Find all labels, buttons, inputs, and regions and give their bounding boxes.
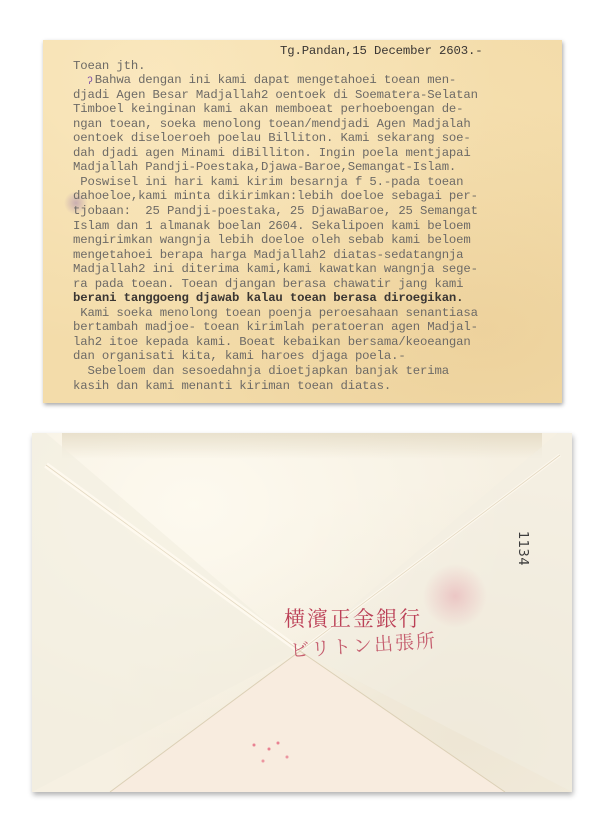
letter-line: mengirimkan wangnja lebih doeloe oleh se…	[73, 233, 471, 248]
letter-line: Bahwa dengan ini kami dapat mengetahoei …	[73, 73, 456, 88]
letter-line: bertambah madjoe- toean kirimlah peratoe…	[73, 320, 478, 335]
letter-line: tjobaan: 25 Pandji-poestaka, 25 DjawaBar…	[73, 204, 478, 219]
letter-line: mengetahoei berapa harga Madjallah2 diat…	[73, 248, 463, 263]
letter-line: Poswisel ini hari kami kirim besarnja f …	[73, 175, 463, 190]
letter-line: dan organisati kita, kami haroes djaga p…	[73, 349, 406, 364]
letter-line: berani tanggoeng djawab kalau toean bera…	[73, 291, 463, 306]
letter-line: Kami soeka menolong toean poenja peroesa…	[73, 306, 478, 321]
stamp-ink-smear	[420, 561, 490, 631]
letter-line: oentoek diseloeroeh poelau Billiton. Kam…	[73, 131, 471, 146]
letter-line: ra pada toean. Toean djangan berasa chaw…	[73, 277, 463, 292]
red-ink-specks	[242, 733, 302, 773]
letter-line: Islam dan 1 almanak boelan 2604. Sekalip…	[73, 219, 471, 234]
letter-line: Madjallah2 ini diterima kami,kami kawatk…	[73, 262, 478, 277]
typewritten-letter-card: Tg.Pandan,15 December 2603.- Toean jth. …	[43, 40, 562, 403]
letter-salutation: Toean jth.	[73, 59, 145, 74]
letter-line: Sebeloem dan sesoedahnja dioetjapkan ban…	[73, 364, 449, 379]
letter-date-line: Tg.Pandan,15 December 2603.-	[280, 44, 482, 59]
catalog-number: 1134	[515, 531, 530, 566]
envelope-back: 1134 横濱正金銀行 ビリトン出張所	[32, 433, 572, 792]
bank-seal-stamp: 横濱正金銀行 ビリトン出張所	[280, 601, 480, 667]
letter-line: kasih dan kami menanti kiriman toean dia…	[73, 379, 391, 394]
letter-line: Madjallah Pandji-Poestaka,Djawa-Baroe,Se…	[73, 160, 456, 175]
letter-line: dahoeloe,kami minta dikirimkan:lebih doe…	[73, 189, 478, 204]
letter-line: djadi Agen Besar Madjallah2 oentoek di S…	[73, 88, 478, 103]
letter-line: ngan toean, soeka menolong toean/mendjad…	[73, 117, 471, 132]
letter-line: dah djadi agen Minami diBilliton. Ingin …	[73, 146, 471, 161]
letter-line: lah2 itoe kepada kami. Boeat kebaikan be…	[73, 335, 471, 350]
letter-body: Tg.Pandan,15 December 2603.- Toean jth. …	[43, 40, 562, 403]
letter-line: Timboel keinginan kami akan memboeat per…	[73, 102, 463, 117]
